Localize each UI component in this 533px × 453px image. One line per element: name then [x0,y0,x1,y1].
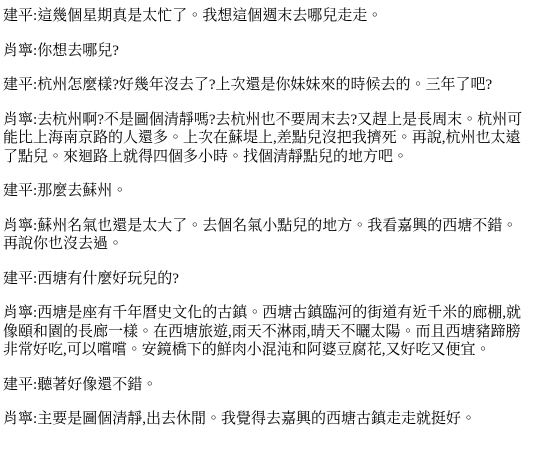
utterance-text: 蘇州名氣也還是太大了。去個名氣小點兒的地方。我看嘉興的西塘不錯。再說你也沒去過。 [3,218,517,253]
utterance-text: 西塘是座有千年曆史文化的古鎮。西塘古鎮臨河的街道有近千米的廊棚,就像頤和園的長廊… [3,305,521,358]
dialogue-line: 肖寧:去杭州啊?不是圖個清靜嗎?去杭州也不要周末去?又趕上是長周末。杭州可能比上… [3,111,531,167]
dialogue-line: 肖寧:西塘是座有千年曆史文化的古鎮。西塘古鎮臨河的街道有近千米的廊棚,就像頤和園… [3,304,531,360]
speaker-name: 建平 [3,271,33,287]
dialogue-document: 建平:這幾個星期真是太忙了。我想這個週末去哪兒走走。 肖寧:你想去哪兒? 建平:… [0,0,533,453]
speaker-name: 肖寧 [3,305,33,321]
dialogue-line: 建平:那麼去蘇州。 [3,182,531,201]
dialogue-line: 肖寧:蘇州名氣也還是太大了。去個名氣小點兒的地方。我看嘉興的西塘不錯。再說你也沒… [3,217,531,254]
speaker-name: 肖寧 [3,218,33,234]
dialogue-line: 肖寧:你想去哪兒? [3,42,531,61]
utterance-text: 這幾個星期真是太忙了。我想這個週末去哪兒走走。 [37,8,382,24]
speaker-name: 肖寧 [3,112,33,128]
utterance-text: 西塘有什麼好玩兒的? [37,271,179,287]
dialogue-line: 肖寧:主要是圖個清靜,出去休閒。我覺得去嘉興的西塘古鎮走走就挺好。 [3,410,531,429]
speaker-name: 建平 [3,77,33,93]
speaker-name: 建平 [3,183,33,199]
utterance-text: 聽著好像還不錯。 [37,377,157,393]
utterance-text: 主要是圖個清靜,出去休閒。我覺得去嘉興的西塘古鎮走走就挺好。 [37,411,476,427]
utterance-text: 那麼去蘇州。 [37,183,127,199]
dialogue-line: 建平:西塘有什麼好玩兒的? [3,270,531,289]
speaker-name: 肖寧 [3,411,33,427]
utterance-text: 你想去哪兒? [37,43,119,59]
utterance-text: 去杭州啊?不是圖個清靜嗎?去杭州也不要周末去?又趕上是長周末。杭州可能比上海南京… [3,112,522,165]
dialogue-line: 建平:聽著好像還不錯。 [3,376,531,395]
utterance-text: 杭州怎麼樣?好幾年沒去了?上次還是你妹妹來的時候去的。三年了吧? [37,77,492,93]
speaker-name: 建平 [3,377,33,393]
dialogue-line: 建平:杭州怎麼樣?好幾年沒去了?上次還是你妹妹來的時候去的。三年了吧? [3,76,531,95]
speaker-name: 建平 [3,8,33,24]
dialogue-line: 建平:這幾個星期真是太忙了。我想這個週末去哪兒走走。 [3,7,531,26]
speaker-name: 肖寧 [3,43,33,59]
